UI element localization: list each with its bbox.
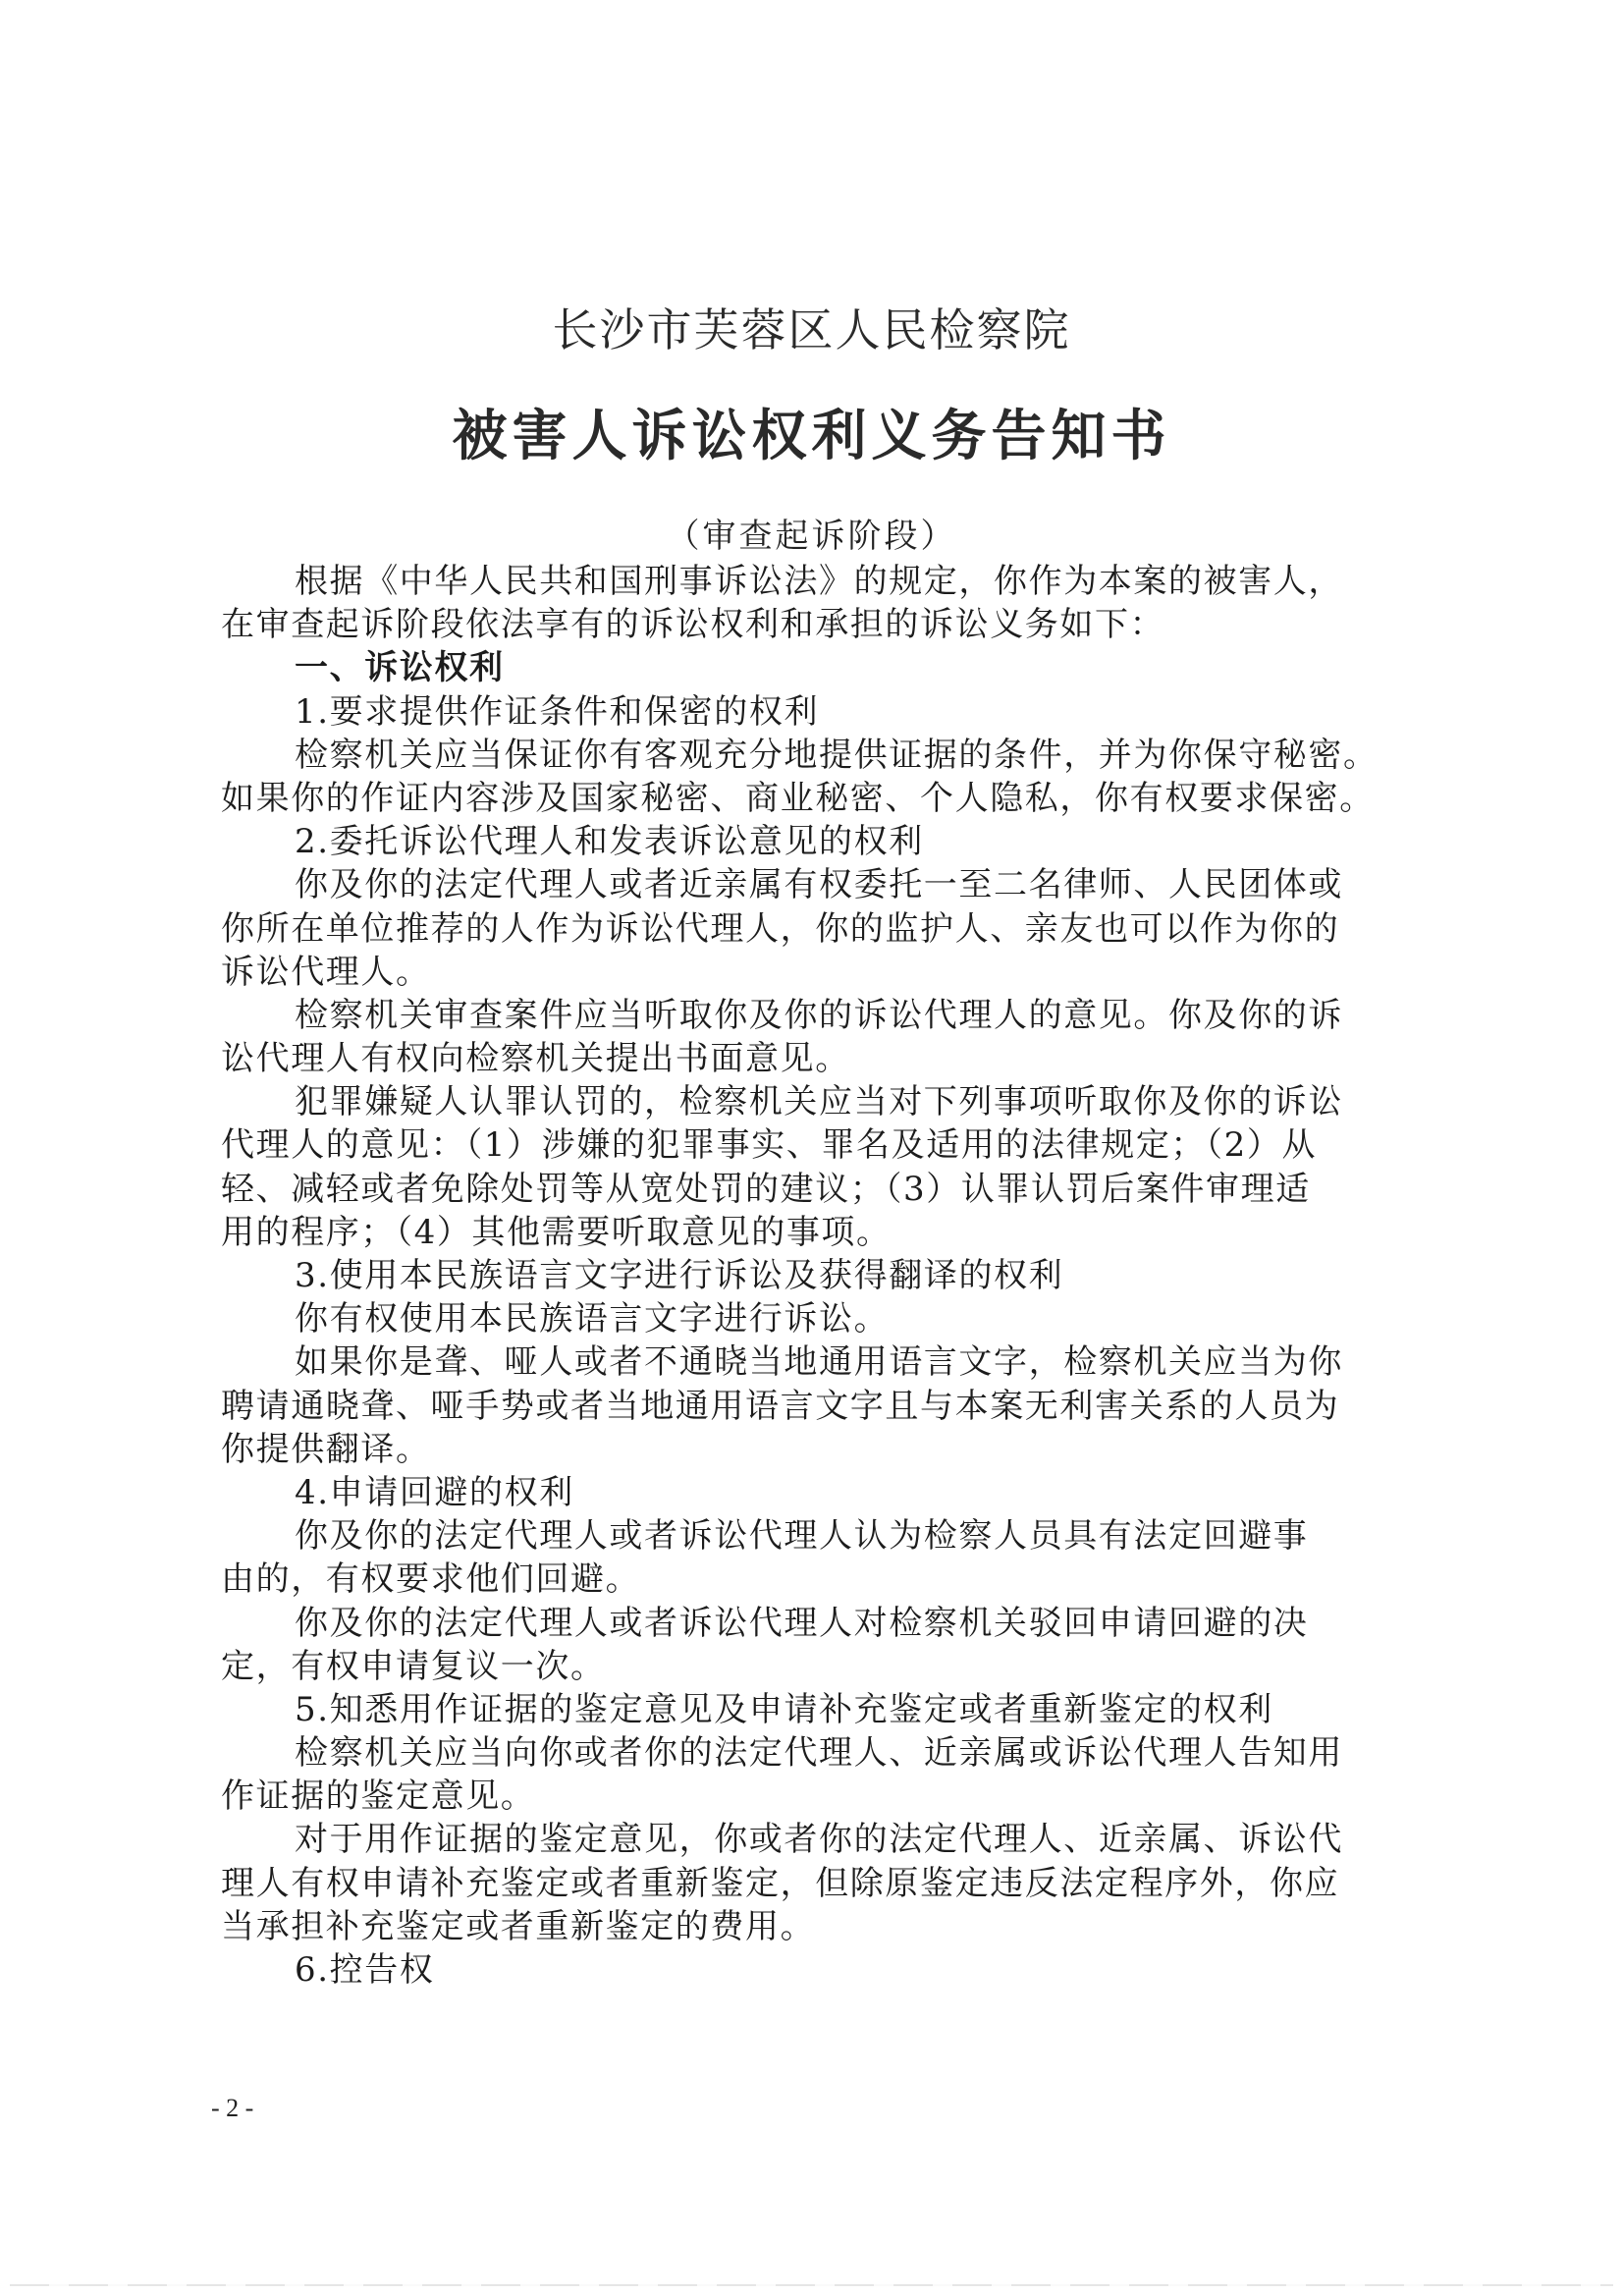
subsection-heading: 5.知悉用作证据的鉴定意见及申请补充鉴定或者重新鉴定的权利 [221, 1688, 1431, 1731]
text-line: 轻、减轻或者免除处罚等从宽处罚的建议；（3）认罪认罚后案件审理适 [221, 1168, 1431, 1211]
text-line: 你有权使用本民族语言文字进行诉讼。 [221, 1297, 1431, 1340]
text-line: 对于用作证据的鉴定意见，你或者你的法定代理人、近亲属、诉讼代 [221, 1818, 1431, 1861]
organization-name: 长沙市芙蓉区人民检察院 [0, 295, 1623, 359]
procedure-stage: （审查起诉阶段） [0, 509, 1623, 557]
text-line: 作证据的鉴定意见。 [221, 1775, 1431, 1818]
text-line: 你提供翻译。 [221, 1428, 1431, 1471]
text-line: 如果你的作证内容涉及国家秘密、商业秘密、个人隐私，你有权要求保密。 [221, 777, 1431, 820]
text-line: 检察机关应当保证你有客观充分地提供证据的条件，并为你保守秘密。 [221, 734, 1431, 777]
text-line: 用的程序；（4）其他需要听取意见的事项。 [221, 1211, 1431, 1254]
text-line: 你所在单位推荐的人作为诉讼代理人，你的监护人、亲友也可以作为你的 [221, 907, 1431, 951]
text-line: 检察机关审查案件应当听取你及你的诉讼代理人的意见。你及你的诉 [221, 994, 1431, 1037]
text-line: 在审查起诉阶段依法享有的诉讼权利和承担的诉讼义务如下： [221, 603, 1431, 646]
document-body: 根据《中华人民共和国刑事诉讼法》的规定，你作为本案的被害人，在审查起诉阶段依法享… [221, 560, 1431, 1992]
text-line: 如果你是聋、哑人或者不通晓当地通用语言文字，检察机关应当为你 [221, 1340, 1431, 1384]
text-line: 诉讼代理人。 [221, 951, 1431, 994]
text-line: 聘请通晓聋、哑手势或者当地通用语言文字且与本案无利害关系的人员为 [221, 1385, 1431, 1428]
document-title: 被害人诉讼权利义务告知书 [0, 393, 1623, 471]
section-heading: 一、诉讼权利 [221, 646, 1431, 689]
text-line: 犯罪嫌疑人认罪认罚的，检察机关应当对下列事项听取你及你的诉讼 [221, 1080, 1431, 1123]
text-line: 根据《中华人民共和国刑事诉讼法》的规定，你作为本案的被害人， [221, 560, 1431, 603]
text-line: 当承担补充鉴定或者重新鉴定的费用。 [221, 1905, 1431, 1948]
subsection-heading: 2.委托诉讼代理人和发表诉讼意见的权利 [221, 820, 1431, 863]
text-line: 讼代理人有权向检察机关提出书面意见。 [221, 1037, 1431, 1080]
text-line: 由的，有权要求他们回避。 [221, 1558, 1431, 1601]
subsection-heading: 4.申请回避的权利 [221, 1471, 1431, 1514]
text-line: 你及你的法定代理人或者诉讼代理人认为检察人员具有法定回避事 [221, 1514, 1431, 1558]
subsection-heading: 3.使用本民族语言文字进行诉讼及获得翻译的权利 [221, 1254, 1431, 1297]
text-line: 代理人的意见：（1）涉嫌的犯罪事实、罪名及适用的法律规定；（2）从 [221, 1123, 1431, 1167]
document-page: 长沙市芙蓉区人民检察院 被害人诉讼权利义务告知书 （审查起诉阶段） 根据《中华人… [0, 0, 1623, 2296]
page-number: - 2 - [211, 2094, 253, 2123]
scan-edge-artifact [10, 2284, 1613, 2286]
text-line: 你及你的法定代理人或者近亲属有权委托一至二名律师、人民团体或 [221, 863, 1431, 906]
text-line: 检察机关应当向你或者你的法定代理人、近亲属或诉讼代理人告知用 [221, 1731, 1431, 1775]
text-line: 你及你的法定代理人或者诉讼代理人对检察机关驳回申请回避的决 [221, 1602, 1431, 1645]
subsection-heading: 1.要求提供作证条件和保密的权利 [221, 690, 1431, 734]
text-line: 定，有权申请复议一次。 [221, 1645, 1431, 1688]
subsection-heading: 6.控告权 [221, 1948, 1431, 1992]
text-line: 理人有权申请补充鉴定或者重新鉴定，但除原鉴定违反法定程序外，你应 [221, 1862, 1431, 1905]
